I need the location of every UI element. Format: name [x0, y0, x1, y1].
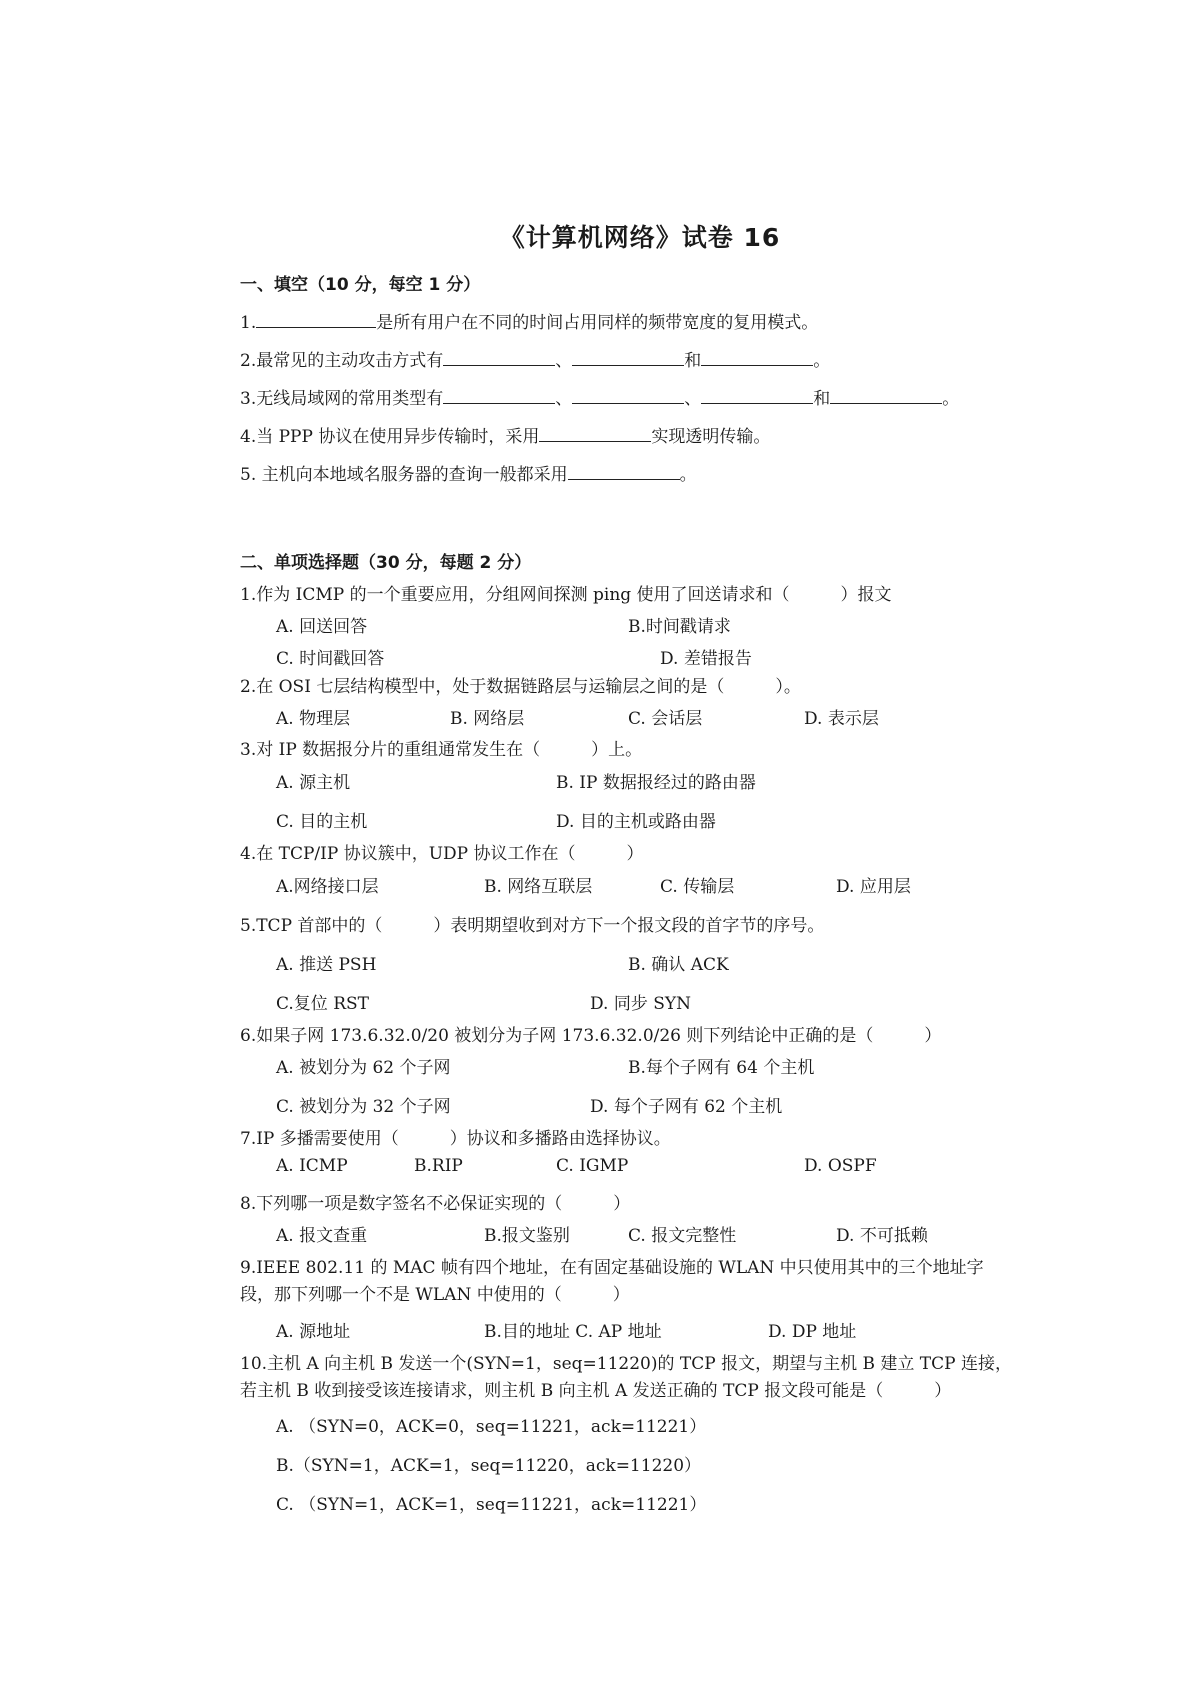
question-8: 8.下列哪一项是数字签名不必保证实现的（ ）	[240, 1189, 630, 1214]
fill-item-text: 3.无线局域网的常用类型有	[240, 389, 443, 409]
option: C. （SYN=1，ACK=1，seq=11221，ack=11221）	[276, 1490, 706, 1515]
option: B.每个子网有 64 个主机	[628, 1053, 814, 1078]
option: A. 源主机	[276, 768, 350, 793]
question-3: 3.对 IP 数据报分片的重组通常发生在（ ）上。	[240, 735, 642, 760]
separator: 。	[942, 389, 959, 409]
answer-blank	[572, 351, 684, 366]
answer-blank	[701, 351, 813, 366]
fill-item-text: 1.	[240, 313, 256, 333]
question-10-cont: 若主机 B 收到接受该连接请求，则主机 B 向主机 A 发送正确的 TCP 报文…	[240, 1376, 951, 1401]
exam-page: 《计算机网络》试卷 16 一、填空（10 分，每空 1 分） 1.是所有用户在不…	[0, 0, 1190, 1683]
option: A. 报文查重	[276, 1221, 367, 1246]
option: C. 目的主机	[276, 807, 367, 832]
option: C. 时间戳回答	[276, 644, 384, 669]
answer-blank	[539, 427, 651, 442]
option: D. 每个子网有 62 个主机	[590, 1092, 782, 1117]
fill-item-2: 2.最常见的主动攻击方式有、和。	[240, 346, 830, 371]
option: A. （SYN=0，ACK=0，seq=11221，ack=11221）	[276, 1412, 706, 1437]
fill-item-1: 1.是所有用户在不同的时间占用同样的频带宽度的复用模式。	[240, 308, 818, 333]
question-5: 5.TCP 首部中的（ ）表明期望收到对方下一个报文段的首字节的序号。	[240, 911, 824, 936]
option: B.（SYN=1，ACK=1，seq=11220，ack=11220）	[276, 1451, 701, 1476]
option: B. IP 数据报经过的路由器	[556, 768, 756, 793]
answer-blank	[572, 389, 684, 404]
option: A. 回送回答	[276, 612, 367, 637]
option: D. DP 地址	[768, 1317, 856, 1342]
option: C. 被划分为 32 个子网	[276, 1092, 451, 1117]
fill-item-3: 3.无线局域网的常用类型有、、和。	[240, 384, 959, 409]
option: B. 确认 ACK	[628, 950, 729, 975]
option: A. ICMP	[276, 1156, 348, 1176]
question-10: 10.主机 A 向主机 B 发送一个(SYN=1，seq=11220)的 TCP…	[240, 1349, 1012, 1374]
fill-item-text: 是所有用户在不同的时间占用同样的频带宽度的复用模式。	[376, 313, 818, 333]
separator: 、	[555, 389, 572, 409]
option: A. 推送 PSH	[276, 950, 376, 975]
option: D. 不可抵赖	[836, 1221, 928, 1246]
fill-item-text: 4.当 PPP 协议在使用异步传输时，采用	[240, 427, 539, 447]
question-4: 4.在 TCP/IP 协议簇中，UDP 协议工作在（ ）	[240, 839, 644, 864]
separator: 和	[684, 351, 701, 371]
option: C. IGMP	[556, 1156, 628, 1176]
fill-item-text: 5. 主机向本地域名服务器的查询一般都采用	[240, 465, 568, 485]
option: B.报文鉴别	[484, 1221, 570, 1246]
option: D. 差错报告	[660, 644, 752, 669]
section-2-heading: 二、单项选择题（30 分，每题 2 分）	[240, 548, 531, 573]
question-2: 2.在 OSI 七层结构模型中，处于数据链路层与运输层之间的是（ ）。	[240, 672, 801, 697]
separator: 、	[555, 351, 572, 371]
answer-blank	[830, 389, 942, 404]
option: C. 会话层	[628, 704, 702, 729]
question-1: 1.作为 ICMP 的一个重要应用，分组网间探测 ping 使用了回送请求和（ …	[240, 580, 892, 605]
answer-blank	[701, 389, 813, 404]
fill-item-5: 5. 主机向本地域名服务器的查询一般都采用。	[240, 460, 697, 485]
option: A. 被划分为 62 个子网	[276, 1053, 451, 1078]
separator: 。	[680, 465, 697, 485]
option: A. 物理层	[276, 704, 350, 729]
question-9-cont: 段，那下列哪一个不是 WLAN 中使用的（ ）	[240, 1280, 630, 1305]
option: C. 传输层	[660, 872, 734, 897]
question-7: 7.IP 多播需要使用（ ）协议和多播路由选择协议。	[240, 1124, 671, 1149]
separator: 、	[684, 389, 701, 409]
option: D. 目的主机或路由器	[556, 807, 716, 832]
option: B. 网络互联层	[484, 872, 592, 897]
separator: 。	[813, 351, 830, 371]
section-1-heading: 一、填空（10 分，每空 1 分）	[240, 270, 480, 295]
answer-blank	[443, 351, 555, 366]
answer-blank	[256, 313, 376, 328]
answer-blank	[443, 389, 555, 404]
option: D. 同步 SYN	[590, 989, 691, 1014]
option: B.RIP	[414, 1156, 463, 1176]
separator: 和	[813, 389, 830, 409]
option: D. OSPF	[804, 1156, 877, 1176]
option: C.复位 RST	[276, 989, 369, 1014]
option: B.目的地址 C. AP 地址	[484, 1317, 662, 1342]
option: B. 网络层	[450, 704, 524, 729]
option: A.网络接口层	[276, 872, 379, 897]
question-6: 6.如果子网 173.6.32.0/20 被划分为子网 173.6.32.0/2…	[240, 1021, 941, 1046]
option: B.时间戳请求	[628, 612, 731, 637]
option: D. 应用层	[836, 872, 911, 897]
fill-item-text: 2.最常见的主动攻击方式有	[240, 351, 443, 371]
fill-item-4: 4.当 PPP 协议在使用异步传输时，采用实现透明传输。	[240, 422, 770, 447]
option: D. 表示层	[804, 704, 879, 729]
exam-title: 《计算机网络》试卷 16	[0, 218, 1190, 254]
answer-blank	[568, 465, 680, 480]
option: A. 源地址	[276, 1317, 350, 1342]
fill-item-text: 实现透明传输。	[651, 427, 770, 447]
question-9: 9.IEEE 802.11 的 MAC 帧有四个地址，在有固定基础设施的 WLA…	[240, 1253, 984, 1278]
option: C. 报文完整性	[628, 1221, 736, 1246]
